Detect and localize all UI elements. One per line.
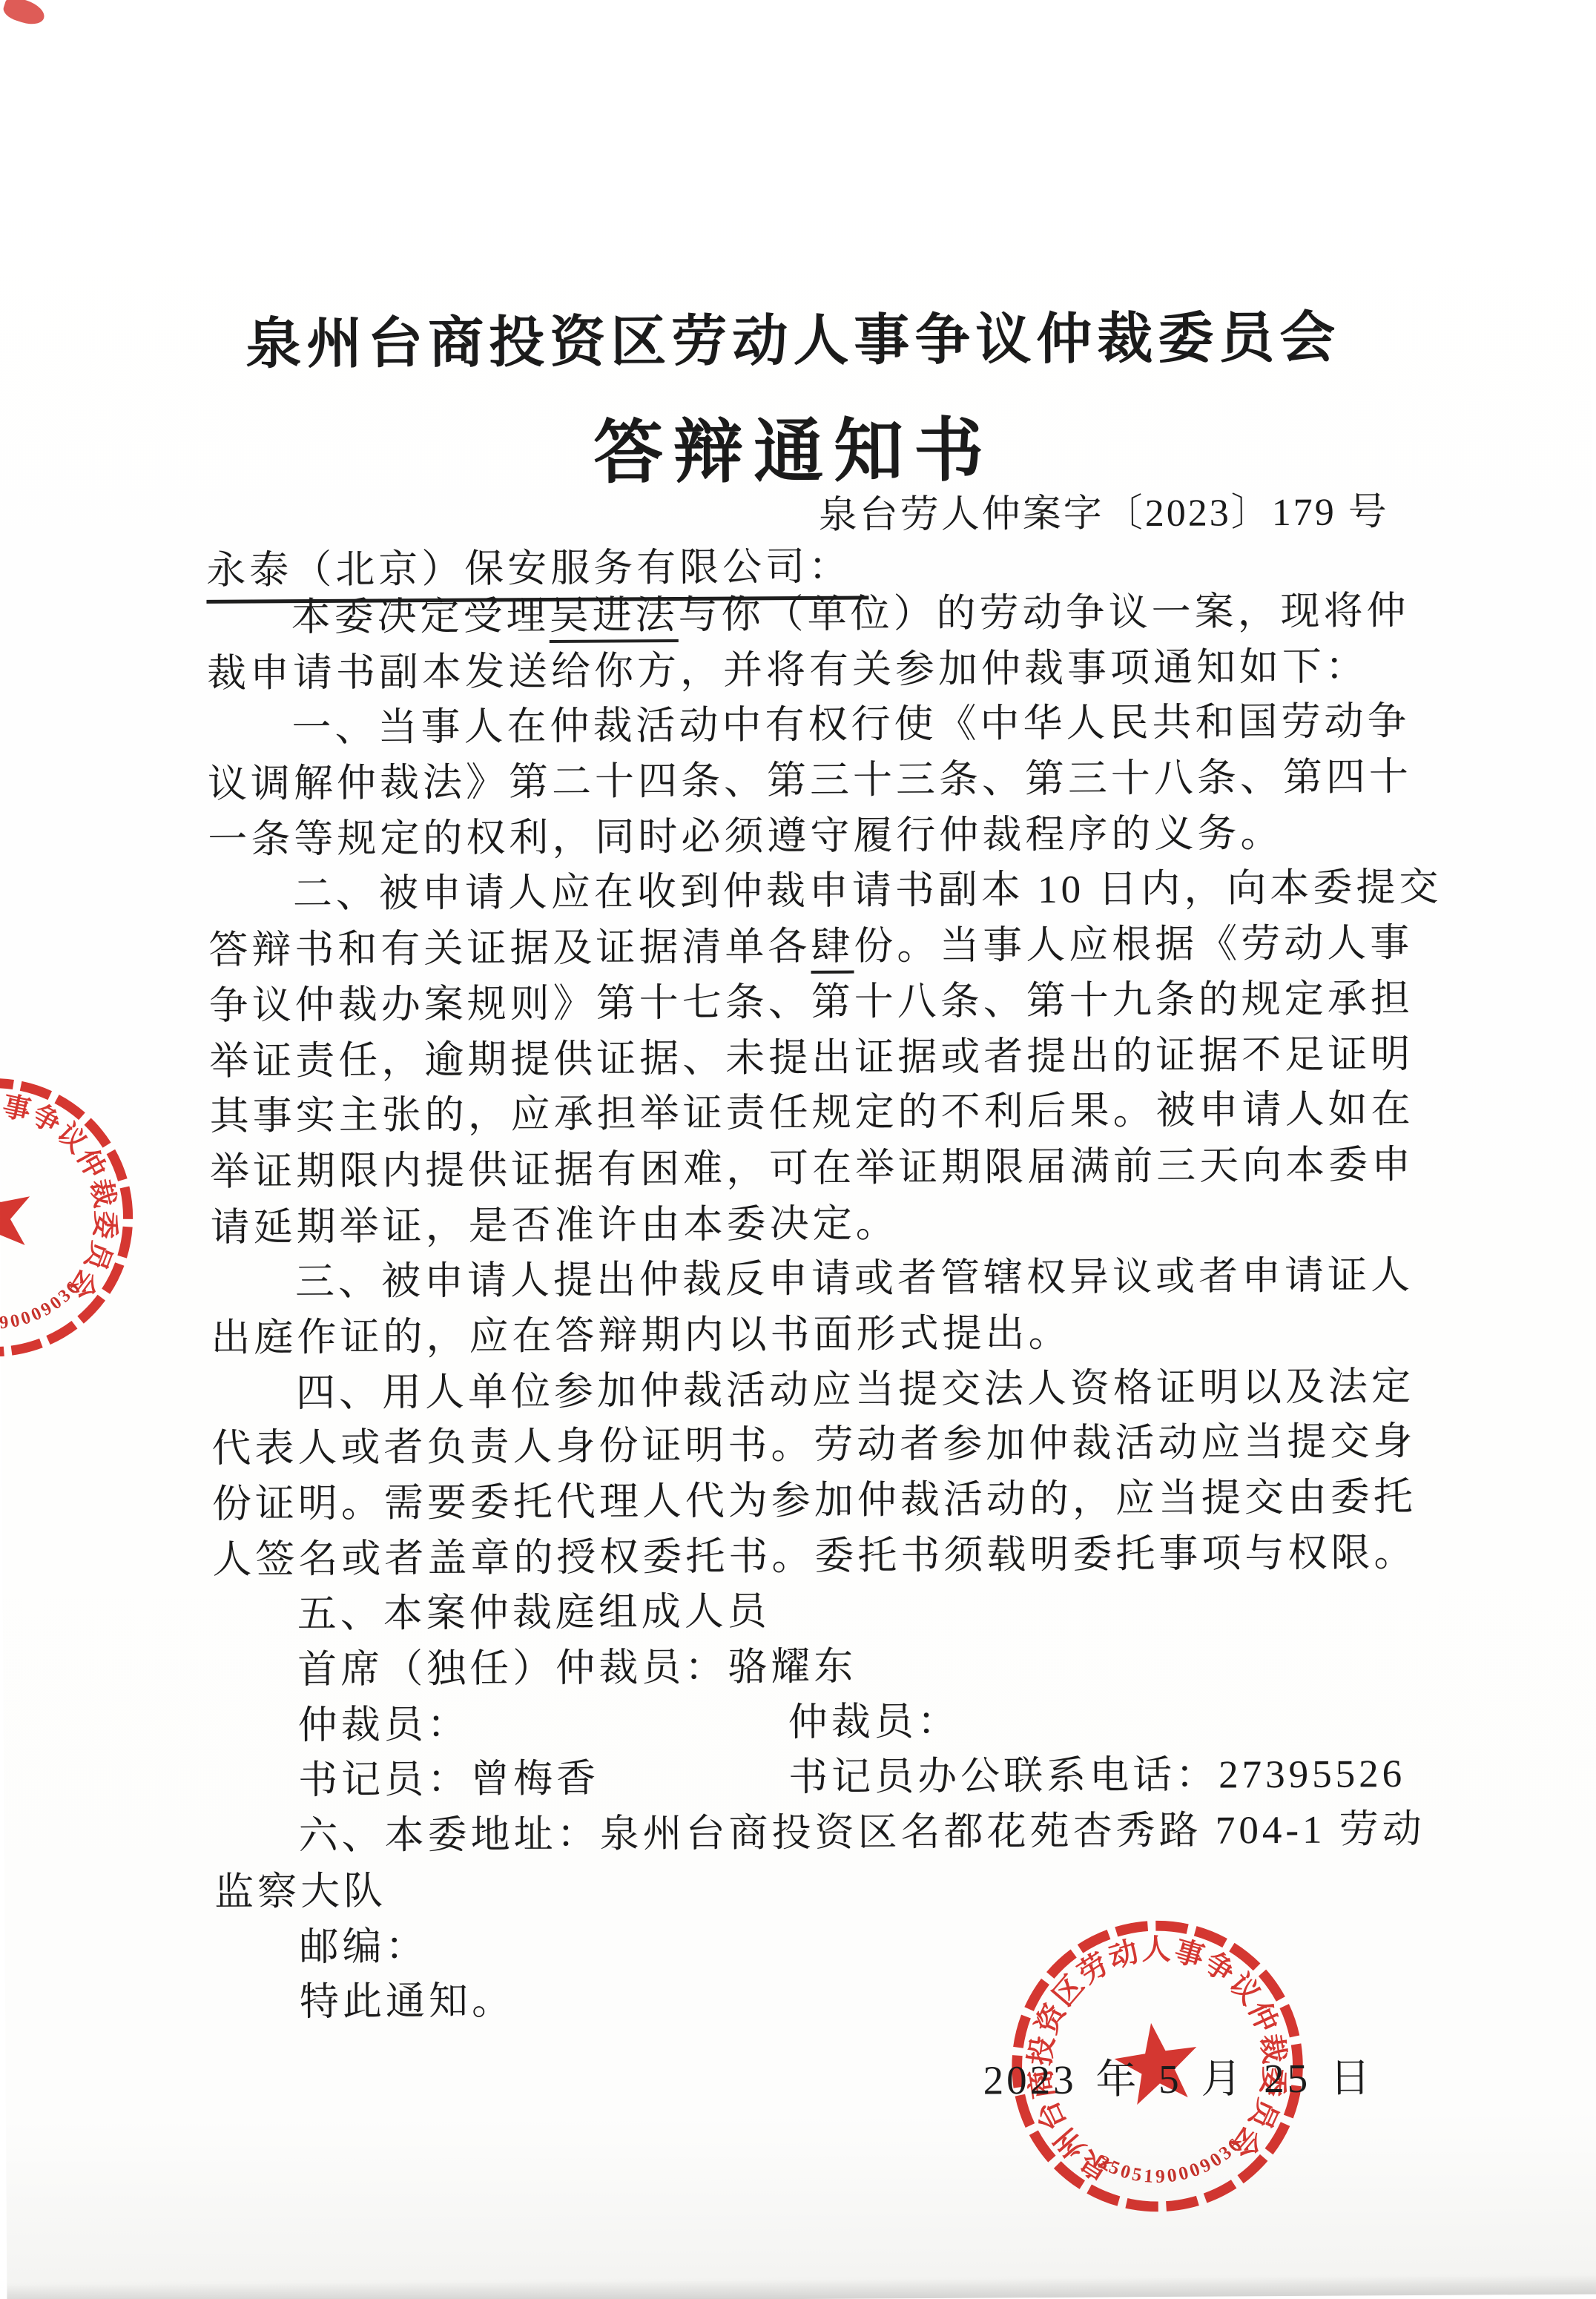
text-segment: 议调解仲裁法》第二十四条、第三十三条、第三十八条、第四十 bbox=[208, 756, 1412, 806]
text-segment: 仲裁员： bbox=[788, 1694, 960, 1750]
scanned-document-page: { "document": { "title": "泉州台商投资区劳动人事争议仲… bbox=[0, 0, 1596, 2299]
body-lines: 本委决定受理吴进法与你（单位）的劳动争议一案，现将仲裁申请书副本发送给你方，并将… bbox=[206, 584, 1424, 2031]
text-segment: 一、当事人在仲裁活动中有权行使《中华人民共和国劳动争 bbox=[291, 700, 1410, 750]
official-seal-left: 泉州台商投资区劳动人事争议仲裁委员会 3505190009036 bbox=[0, 1043, 168, 1391]
text-segment: 书记员：曾梅香 bbox=[298, 1758, 599, 1802]
seal-star-icon bbox=[0, 1168, 40, 1259]
text-segment: 裁申请书副本发送给你方，并将有关参加仲裁事项通知如下： bbox=[207, 645, 1368, 696]
text-segment: 人签名或者盖章的授权委托书。委托书须载明委托事项与权限。 bbox=[212, 1531, 1417, 1582]
text-segment: 一条等规定的权利，同时必须遵守履行仲裁程序的义务。 bbox=[208, 812, 1283, 862]
seal-number: 3505190009036 bbox=[0, 1273, 90, 1346]
text-segment: 三、被申请人提出仲裁反申请或者管辖权异议或者申请证人 bbox=[295, 1254, 1414, 1304]
text-segment: 请延期举证，是否准许由本委决定。 bbox=[210, 1202, 898, 1250]
text-segment: 本委决定受理 bbox=[291, 595, 549, 639]
body-line: 举证责任，逾期提供证据、未提出证据或者提出的证据不足证明 bbox=[209, 1026, 1418, 1089]
text-segment: 六、本委地址：泉州台商投资区名都花苑杏秀路 704-1 劳动 bbox=[298, 1808, 1425, 1858]
body-line: 本委决定受理吴进法与你（单位）的劳动争议一案，现将仲 bbox=[206, 584, 1415, 647]
body-line: 议调解仲裁法》第二十四条、第三十三条、第三十八条、第四十 bbox=[208, 750, 1417, 813]
text-segment: 份证明。需要委托代理人代为参加仲裁活动的，应当提交由委托 bbox=[212, 1476, 1417, 1526]
text-segment: 监察大队 bbox=[214, 1870, 386, 1913]
body-line: 人签名或者盖章的授权委托书。委托书须载明委托事项与权限。 bbox=[212, 1525, 1421, 1589]
underlined-text: 肆 bbox=[811, 926, 854, 974]
text-segment: 首席（独任）仲裁员：骆耀东 bbox=[297, 1646, 857, 1692]
text-segment: 特此通知。 bbox=[300, 1980, 515, 2025]
text-segment: 邮编： bbox=[299, 1925, 428, 1969]
text-segment: 四、用人单位参加仲裁活动应当提交法人资格证明以及法定 bbox=[296, 1365, 1414, 1415]
text-segment: 与你（单位）的劳动争议一案，现将仲 bbox=[678, 590, 1409, 637]
text-segment: 五、本案仲裁庭组成人员 bbox=[297, 1591, 771, 1637]
body-line: 其事实主张的，应承担举证责任规定的不利后果。被申请人如在 bbox=[209, 1082, 1418, 1145]
scanner-edge-shadow bbox=[7, 2275, 1596, 2299]
body-line: 出庭作证的，应在答辩期内以书面形式提出。 bbox=[211, 1304, 1419, 1367]
document-sheet: 泉州台商投资区劳动人事争议仲裁委员会 答辩通知书 泉台劳人仲案字〔2023〕17… bbox=[0, 0, 1596, 2299]
text-segment: 出庭作证的，应在答辩期内以书面形式提出。 bbox=[211, 1312, 1071, 1360]
body-line: 答辩书和有关证据及证据清单各肆份。当事人应根据《劳动人事 bbox=[208, 916, 1417, 979]
body-line: 二、被申请人应在收到仲裁申请书副本 10 日内，向本委提交 bbox=[208, 860, 1417, 923]
body-line: 首席（独任）仲裁员：骆耀东 bbox=[213, 1636, 1422, 1699]
body-line: 代表人或者负责人身份证明书。劳动者参加仲裁活动应当提交身 bbox=[211, 1414, 1420, 1477]
scan-ink-smudge bbox=[1, 0, 47, 28]
issue-date: 2023 年 5 月 25 日 bbox=[983, 2045, 1374, 2105]
body-line: 三、被申请人提出仲裁反申请或者管辖权异议或者申请证人 bbox=[211, 1248, 1419, 1311]
underlined-text: 吴进法 bbox=[549, 594, 678, 643]
text-segment: 其事实主张的，应承担举证责任规定的不利后果。被申请人如在 bbox=[210, 1088, 1414, 1138]
text-segment: 举证期限内提供证据有困难，可在举证期限届满前三天向本委申 bbox=[210, 1144, 1414, 1194]
text-segment: 举证责任，逾期提供证据、未提出证据或者提出的证据不足证明 bbox=[209, 1032, 1414, 1083]
text-segment: 争议仲裁办案规则》第十七条、第十八条、第十九条的规定承担 bbox=[209, 977, 1414, 1028]
body-line: 一条等规定的权利，同时必须遵守履行仲裁程序的义务。 bbox=[208, 805, 1417, 868]
body-line: 仲裁员：仲裁员： bbox=[214, 1692, 1422, 1755]
case-number: 泉台劳人仲案字〔2023〕179 号 bbox=[818, 480, 1388, 539]
body-line: 举证期限内提供证据有困难，可在举证期限届满前三天向本委申 bbox=[210, 1138, 1419, 1201]
text-segment: 仲裁员： bbox=[298, 1703, 470, 1746]
body-line: 书记员：曾梅香书记员办公联系电话：27395526 bbox=[214, 1746, 1422, 1810]
body-line: 请延期举证，是否准许由本委决定。 bbox=[210, 1193, 1419, 1256]
text-segment: 书记员办公联系电话：27395526 bbox=[788, 1746, 1405, 1806]
svg-text:3505190009036: 3505190009036 bbox=[0, 1273, 90, 1346]
body-line: 份证明。需要委托代理人代为参加仲裁活动的，应当提交由委托 bbox=[212, 1470, 1421, 1533]
body-line: 争议仲裁办案规则》第十七条、第十八条、第十九条的规定承担 bbox=[209, 972, 1418, 1035]
body-line: 四、用人单位参加仲裁活动应当提交法人资格证明以及法定 bbox=[211, 1359, 1420, 1422]
text-segment: 份。当事人应根据《劳动人事 bbox=[854, 922, 1413, 969]
body-line: 六、本委地址：泉州台商投资区名都花苑杏秀路 704-1 劳动 bbox=[214, 1802, 1422, 1865]
body-line: 裁申请书副本发送给你方，并将有关参加仲裁事项通知如下： bbox=[207, 639, 1416, 702]
text-segment: 二、被申请人应在收到仲裁申请书副本 10 日内，向本委提交 bbox=[293, 866, 1442, 916]
text-segment: 代表人或者负责人身份证明书。劳动者参加仲裁活动应当提交身 bbox=[211, 1420, 1416, 1471]
body-line: 一、当事人在仲裁活动中有权行使《中华人民共和国劳动争 bbox=[207, 694, 1416, 757]
body-line: 五、本案仲裁庭组成人员 bbox=[213, 1580, 1422, 1643]
text-segment: 答辩书和有关证据及证据清单各 bbox=[208, 926, 811, 972]
committee-title: 泉州台商投资区劳动人事争议仲裁委员会 bbox=[0, 291, 1592, 380]
